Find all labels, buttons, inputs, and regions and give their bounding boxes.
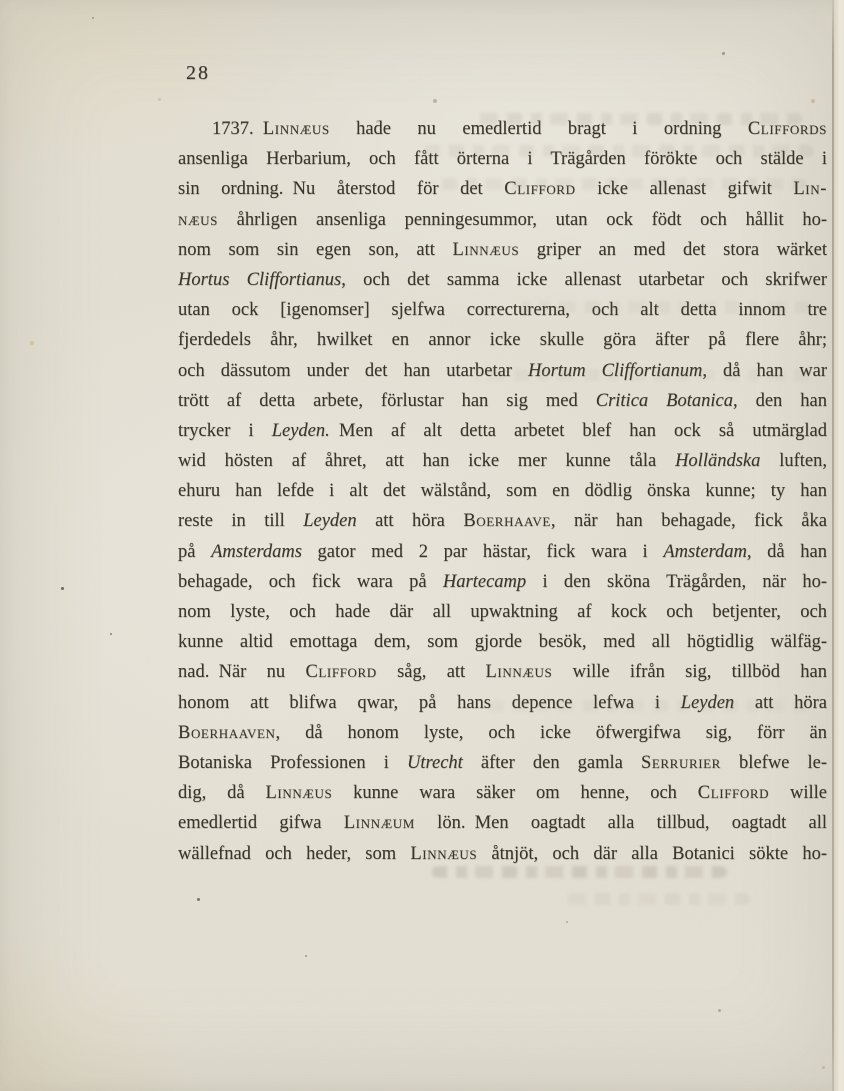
text-line: Boerhaaven, då honom lyste, och icke öfw… [178, 718, 827, 748]
foxing-spot [158, 98, 161, 101]
foxing-spot [718, 1009, 721, 1012]
text-line: trycker i Leyden. Men af alt detta arbet… [178, 416, 827, 446]
text-line: utan ock [igenomser] sjelfwa correcturer… [178, 295, 827, 325]
text-line: nom lyste, och hade där all upwaktning a… [178, 597, 827, 627]
text-line: fjerdedels åhr, hwilket en annor icke sk… [178, 325, 827, 355]
text-line: reste in till Leyden att höra Boerhaave,… [178, 506, 827, 536]
text-line: honom att blifwa qwar, på hans depence l… [178, 688, 827, 718]
text-line: wid hösten af åhret, att han icke mer ku… [178, 446, 827, 476]
text-line: nom som sin egen son, att Linnæus griper… [178, 235, 827, 265]
foxing-spot [566, 921, 568, 923]
text-line: Hortus Cliffortianus, och det samma icke… [178, 265, 827, 295]
foxing-spot [822, 1066, 825, 1069]
text-line: och dässutom under det han utarbetar Hor… [178, 356, 827, 386]
scan-margin-strip [834, 0, 844, 1091]
foxing-spot [433, 99, 437, 103]
text-block: 1737. Linnæus hade nu emedlertid bragt i… [178, 114, 827, 869]
foxing-spot [61, 587, 64, 590]
text-line: sin ordning. Nu återstod för det Cliffor… [178, 174, 827, 204]
text-line: ansenliga Herbarium, och fått örterna i … [178, 144, 827, 174]
text-line: nad. När nu Clifford såg, att Linnæus wi… [178, 657, 827, 687]
text-line: kunne altid emottaga dem, som gjorde bes… [178, 627, 827, 657]
text-line: behagade, och fick wara på Hartecamp i d… [178, 567, 827, 597]
page-number: 28 [186, 62, 210, 85]
text-line: wällefnad och heder, som Linnæus åtnjöt,… [178, 839, 827, 869]
text-line: Botaniska Professionen i Utrecht äfter d… [178, 748, 827, 778]
foxing-spot [722, 52, 725, 55]
foxing-spot [110, 633, 112, 635]
scanned-book-page: 28 1737. Linnæus hade nu emedlertid brag… [0, 0, 844, 1091]
text-line: ehuru han lefde i alt det wälstånd, som … [178, 476, 827, 506]
text-line: 1737. Linnæus hade nu emedlertid bragt i… [178, 114, 827, 144]
foxing-spot [305, 955, 307, 957]
foxing-spot [92, 17, 94, 19]
text-line: næus åhrligen ansenliga penningesummor, … [178, 205, 827, 235]
text-line: trött af detta arbete, förlustar han sig… [178, 386, 827, 416]
show-through-line [560, 893, 750, 905]
foxing-spot [811, 99, 815, 103]
text-line: emedlertid gifwa Linnæum lön. Men oagtad… [178, 808, 827, 838]
foxing-spot [197, 898, 200, 901]
text-line: på Amsterdams gator med 2 par hästar, fi… [178, 537, 827, 567]
text-line: dig, då Linnæus kunne wara säker om henn… [178, 778, 827, 808]
foxing-spot [30, 341, 34, 345]
